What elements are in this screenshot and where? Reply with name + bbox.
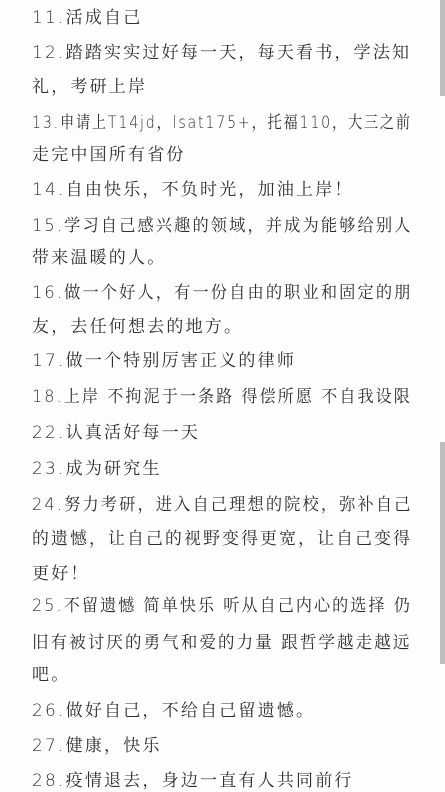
note-line: 更好！ bbox=[32, 562, 412, 586]
note-line: 走完中国所有省份 bbox=[32, 143, 412, 167]
note-line: 17.做一个特别厉害正义的律师 bbox=[32, 349, 412, 373]
note-line: 带来温暖的人。 bbox=[32, 246, 412, 270]
note-line: 16.做一个好人，有一份自由的职业和固定的朋 bbox=[32, 281, 395, 305]
note-line: 18.上岸 不拘泥于一条路 得偿所愿 不自我设限 bbox=[32, 385, 391, 409]
note-line: 吧。 bbox=[32, 663, 412, 687]
note-line: 旧有被讨厌的勇气和爱的力量 跟哲学越走越远 bbox=[32, 631, 400, 655]
scrollbar-thumb-lower[interactable] bbox=[440, 442, 445, 664]
note-line: 14.自由快乐，不负时光，加油上岸！ bbox=[32, 178, 412, 202]
scrollbar-thumb-upper[interactable] bbox=[440, 0, 445, 96]
note-line: 的遗憾，让自己的视野变得更宽，让自己变得 bbox=[32, 527, 408, 551]
handwritten-note-page: 11.活成自己 12.踏踏实实过好每一天，每天看书，学法知 礼，考研上岸 13.… bbox=[0, 0, 445, 792]
note-line: 24.努力考研，进入自己理想的院校，弥补自己 bbox=[32, 493, 395, 517]
note-line: 25.不留遗憾 简单快乐 听从自己内心的选择 仍 bbox=[32, 594, 391, 618]
note-line: 28.疫情退去，身边一直有人共同前行 bbox=[32, 769, 412, 792]
note-line: 23.成为研究生 bbox=[32, 457, 412, 481]
note-line: 26.做好自己，不给自己留遗憾。 bbox=[32, 699, 412, 723]
note-line: 11.活成自己 bbox=[32, 6, 412, 30]
note-line: 友，去任何想去的地方。 bbox=[32, 315, 412, 339]
note-line: 15.学习自己感兴趣的领域，并成为能够给别人 bbox=[32, 214, 395, 238]
note-line: 22.认真活好每一天 bbox=[32, 421, 412, 445]
note-line: 13.申请上T14jd，lsat175+，托福110，大三之前 bbox=[32, 111, 348, 135]
note-line: 礼，考研上岸 bbox=[32, 75, 412, 99]
note-line: 12.踏踏实实过好每一天，每天看书，学法知 bbox=[32, 41, 412, 65]
vertical-scrollbar[interactable] bbox=[439, 0, 445, 792]
note-line: 27.健康，快乐 bbox=[32, 734, 412, 758]
